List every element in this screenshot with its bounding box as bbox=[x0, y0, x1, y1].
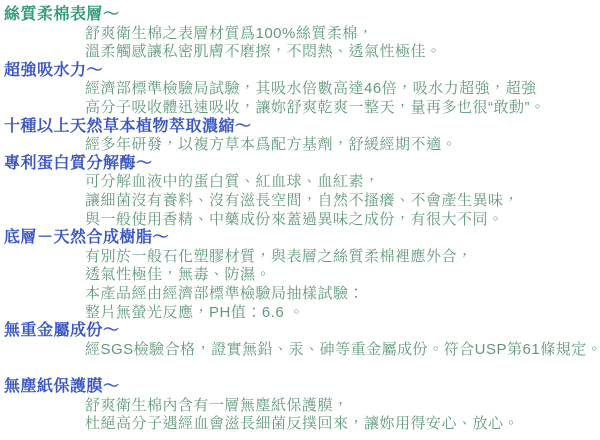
body-line: 有別於一般石化塑膠材質，與表層之絲質柔棉裡應外合， bbox=[4, 248, 594, 267]
section-herbal-extract: 十種以上天然草本植物萃取濃縮～ 經多年研發，以複方草本爲配方基劑，舒緩經期不適。 bbox=[4, 118, 594, 155]
body-line: 整片無螢光反應，PH值：6.6 。 bbox=[4, 304, 594, 323]
section-heading: 無塵紙保護膜～ bbox=[4, 378, 594, 397]
section-heading: 超強吸水力～ bbox=[4, 62, 594, 81]
section-absorbency: 超強吸水力～ 經濟部標準檢驗局試驗，其吸水倍數高達46倍，吸水力超強，超強 高分… bbox=[4, 62, 594, 118]
section-heading: 十種以上天然草本植物萃取濃縮～ bbox=[4, 118, 594, 137]
body-line: 讓細菌沒有養料、沒有滋長空間，自然不搔癢、不會產生異味， bbox=[4, 192, 594, 211]
section-silky-surface: 絲質柔棉表層～ 舒爽衛生棉之表層材質爲100%絲質柔棉， 溫柔觸感讓私密肌膚不磨… bbox=[4, 6, 594, 62]
body-line: 經SGS檢驗合格，證實無鉛、汞、砷等重金屬成份。符合USP第61條規定。 bbox=[4, 341, 594, 360]
body-line: 舒爽衛生棉之表層材質爲100%絲質柔棉， bbox=[4, 25, 594, 44]
section-heading: 專利蛋白質分解酶～ bbox=[4, 155, 594, 174]
section-no-heavy-metals: 無重金屬成份～ 經SGS檢驗合格，證實無鉛、汞、砷等重金屬成份。符合USP第61… bbox=[4, 322, 594, 359]
body-line: 透氣性極佳，無毒、防濕。 bbox=[4, 266, 594, 285]
body-line: 可分解血液中的蛋白質、紅血球、血紅素， bbox=[4, 173, 594, 192]
section-heading: 無重金屬成份～ bbox=[4, 322, 594, 341]
body-line: 經濟部標準檢驗局試驗，其吸水倍數高達46倍，吸水力超強，超強 bbox=[4, 80, 594, 99]
section-protease: 專利蛋白質分解酶～ 可分解血液中的蛋白質、紅血球、血紅素， 讓細菌沒有養料、沒有… bbox=[4, 155, 594, 229]
body-line: 高分子吸收體迅速吸收，讓妳舒爽乾爽一整天，量再多也很“敢動”。 bbox=[4, 99, 594, 118]
body-line: 與一般使用香精、中藥成份來蓋過異味之成份，有很大不同。 bbox=[4, 211, 594, 230]
body-line: 杜絕高分子遇經血會滋長細菌反撲回來，讓妳用得安心、放心。 bbox=[4, 415, 594, 434]
body-line: 經多年研發，以複方草本爲配方基劑，舒緩經期不適。 bbox=[4, 136, 594, 155]
section-bottom-layer: 底層－天然合成樹脂～ 有別於一般石化塑膠材質，與表層之絲質柔棉裡應外合， 透氣性… bbox=[4, 229, 594, 322]
section-heading: 底層－天然合成樹脂～ bbox=[4, 229, 594, 248]
section-heading: 絲質柔棉表層～ bbox=[4, 6, 594, 25]
body-line: 本產品經由經濟部標準檢驗局抽樣試驗： bbox=[4, 285, 594, 304]
product-description-page: 絲質柔棉表層～ 舒爽衛生棉之表層材質爲100%絲質柔棉， 溫柔觸感讓私密肌膚不磨… bbox=[0, 0, 600, 440]
body-line: 溫柔觸感讓私密肌膚不磨擦，不悶熱、透氣性極佳。 bbox=[4, 43, 594, 62]
body-line: 舒爽衛生棉內含有一層無塵紙保護膜， bbox=[4, 397, 594, 416]
section-dustfree-film: 無塵紙保護膜～ 舒爽衛生棉內含有一層無塵紙保護膜， 杜絕高分子遇經血會滋長細菌反… bbox=[4, 378, 594, 434]
